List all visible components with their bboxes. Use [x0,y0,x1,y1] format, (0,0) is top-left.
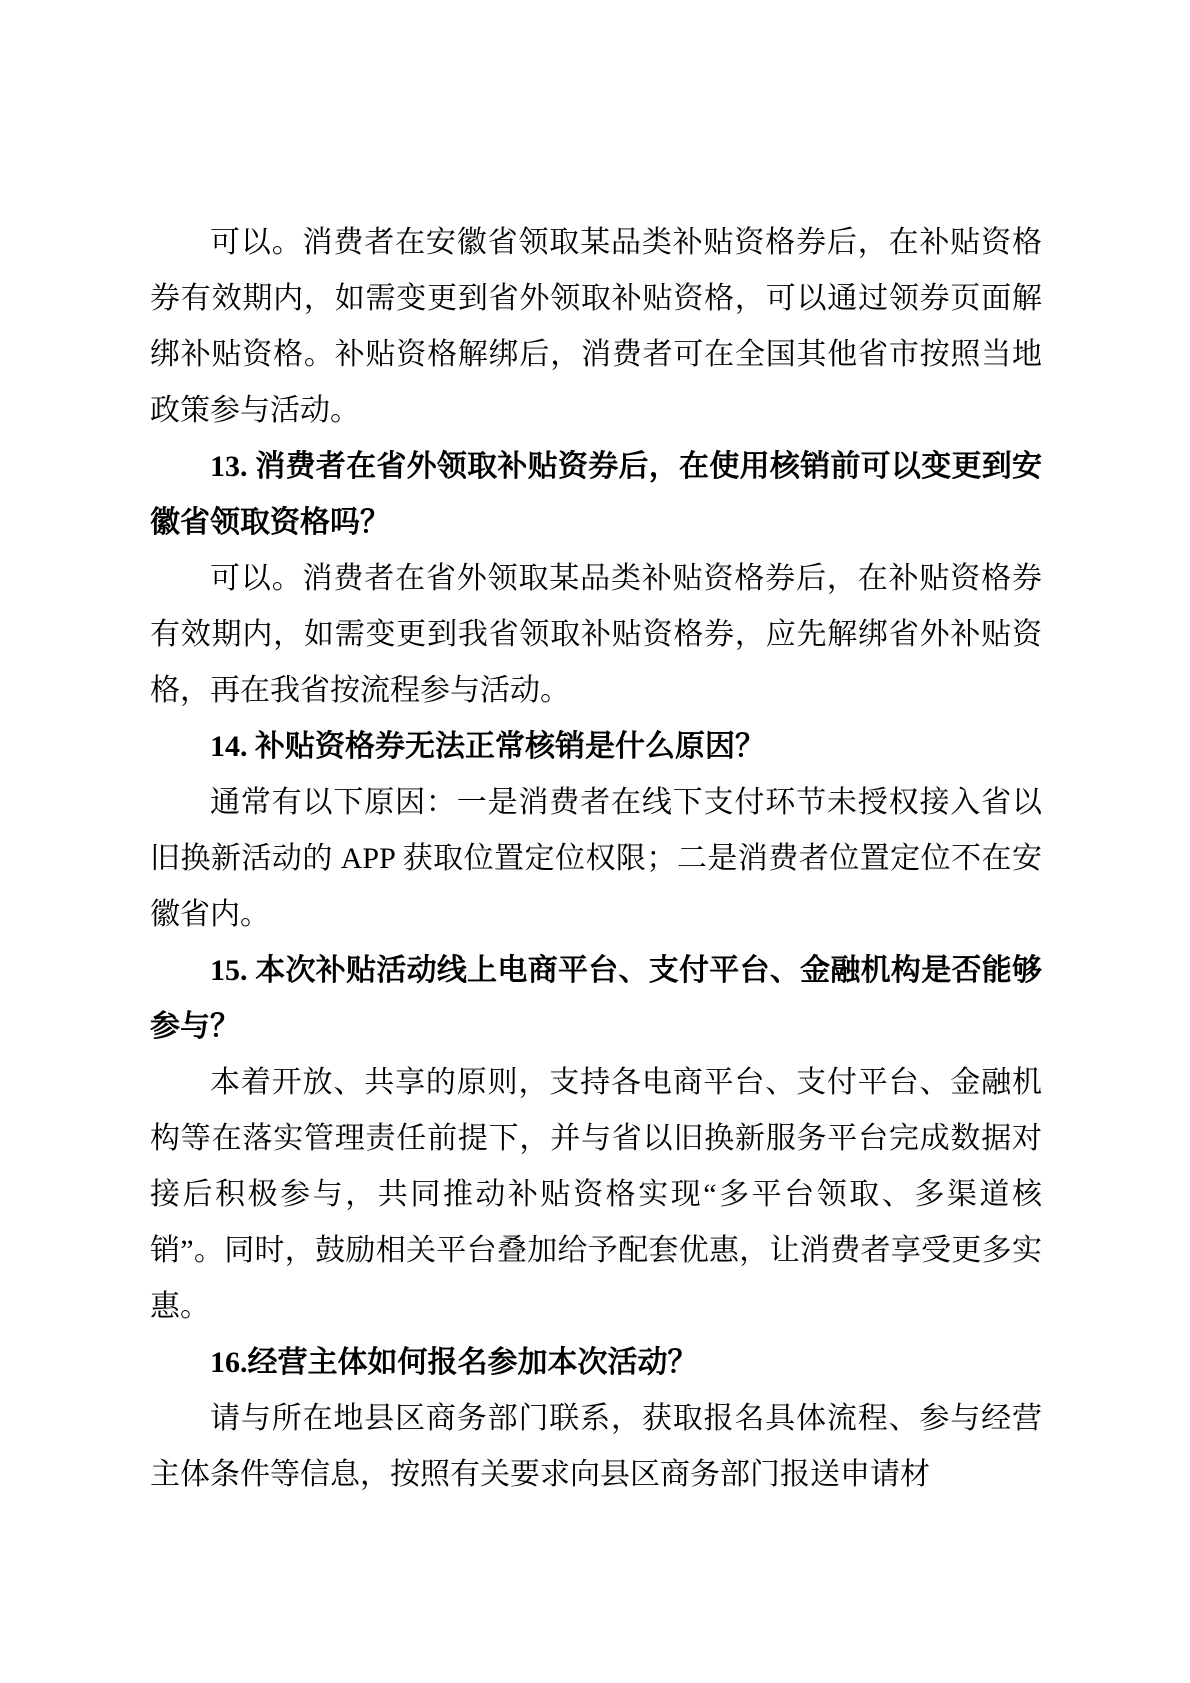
answer-paragraph-q15: 本着开放、共享的原则，支持各电商平台、支付平台、金融机构等在落实管理责任前提下，… [150,1055,1042,1335]
answer-paragraph-q13: 可以。消费者在省外领取某品类补贴资格券后，在补贴资格券有效期内，如需变更到我省领… [150,551,1042,719]
document-page: 可以。消费者在安徽省领取某品类补贴资格券后，在补贴资格券有效期内，如需变更到省外… [0,0,1190,1683]
answer-paragraph-q16-truncated: 请与所在地县区商务部门联系，获取报名具体流程、参与经营主体条件等信息，按照有关要… [150,1391,1042,1503]
answer-paragraph-q14: 通常有以下原因：一是消费者在线下支付环节未授权接入省以旧换新活动的 APP 获取… [150,775,1042,943]
question-15-heading: 15. 本次补贴活动线上电商平台、支付平台、金融机构是否能够参与？ [150,943,1042,1055]
question-14-heading: 14. 补贴资格券无法正常核销是什么原因？ [150,719,1042,775]
document-content: 可以。消费者在安徽省领取某品类补贴资格券后，在补贴资格券有效期内，如需变更到省外… [150,215,1042,1503]
question-13-heading: 13. 消费者在省外领取补贴资券后，在使用核销前可以变更到安徽省领取资格吗？ [150,439,1042,551]
question-16-heading: 16.经营主体如何报名参加本次活动？ [150,1335,1042,1391]
answer-paragraph-q12-continued: 可以。消费者在安徽省领取某品类补贴资格券后，在补贴资格券有效期内，如需变更到省外… [150,215,1042,439]
